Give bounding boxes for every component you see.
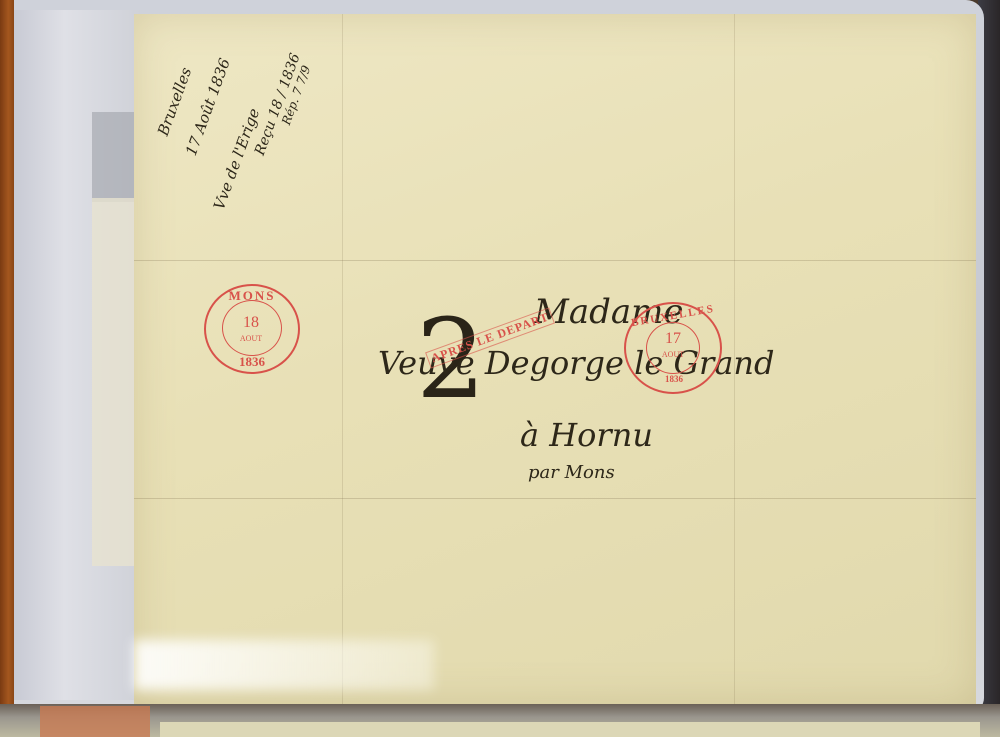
- postmark-year: 1836: [226, 354, 278, 370]
- postmark-month: AOUT: [234, 334, 268, 343]
- postmark-month: AOUT: [656, 350, 690, 359]
- bruxelles-postmark: BRUXELLES 17 AOUT 1836: [624, 302, 722, 394]
- sleeve-glare: [134, 640, 434, 690]
- postmark-town: MONS: [224, 288, 280, 304]
- postmark-day: 18: [236, 314, 266, 332]
- postmark-year: 1836: [654, 374, 694, 384]
- fold-line: [342, 14, 343, 704]
- next-page-paper: [160, 722, 980, 737]
- postmark-day: 17: [658, 330, 688, 348]
- address-line-3: à Hornu: [520, 416, 653, 454]
- binder-tab: [40, 706, 150, 737]
- fold-line: [134, 260, 976, 261]
- binder-edge: [0, 0, 14, 737]
- fold-line: [134, 498, 976, 499]
- docket-line-3: Vve de l'Erige: [210, 106, 263, 212]
- docket-line-1: Bruxelles: [154, 65, 195, 138]
- mons-postmark: MONS 18 AOUT 1836: [204, 284, 300, 374]
- underlying-card: [92, 112, 138, 202]
- address-line-4: par Mons: [528, 462, 615, 483]
